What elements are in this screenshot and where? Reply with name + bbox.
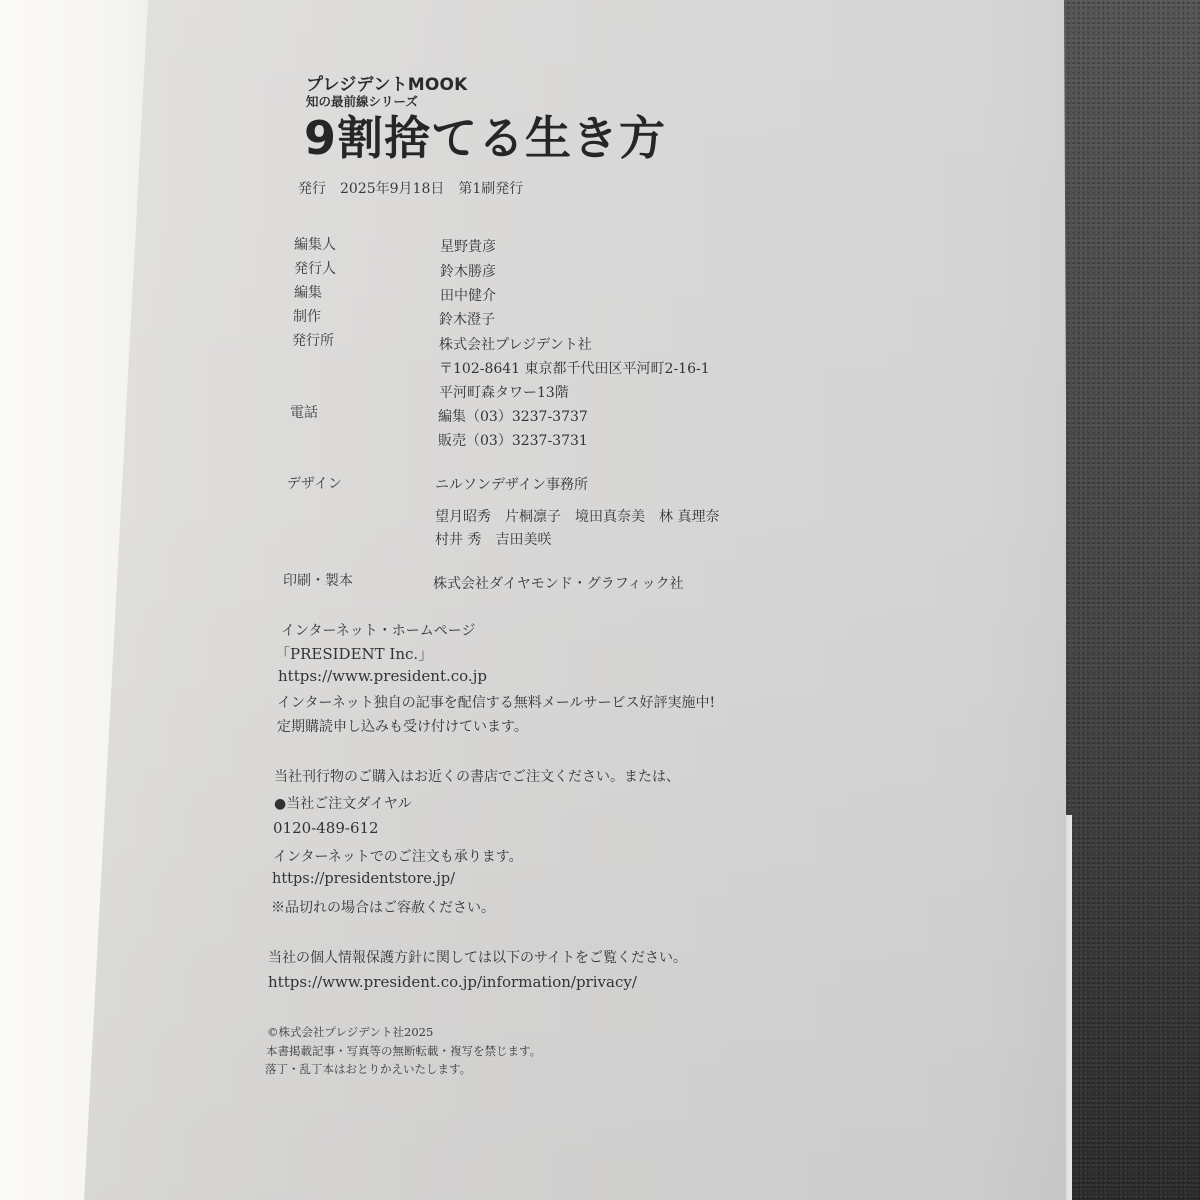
credit-value-company: 株式会社プレジデント社	[439, 334, 592, 354]
credit-value-designers-2: 村井 秀 吉田美咲	[435, 529, 551, 549]
credit-label-publishing-house: 発行所	[292, 330, 334, 350]
credit-value-address: 〒102-8641 東京都千代田区平河町2-16-1	[439, 358, 710, 378]
internet-heading: インターネット・ホームページ	[281, 620, 475, 640]
publication-date: 発行 2025年9月18日 第1刷発行	[298, 178, 523, 198]
credit-value-designers-1: 望月昭秀 片桐凛子 境田真奈美 林 真理奈	[435, 506, 719, 526]
order-phone-number: 0120-489-612	[273, 819, 379, 837]
defects-notice: 落丁・乱丁本はおとりかえいたします。	[265, 1061, 471, 1077]
reproduction-notice: 本書掲載記事・写真等の無断転載・複写を禁じます。	[266, 1043, 541, 1059]
photo-scene: プレジデントMOOK 知の最前線シリーズ 9割捨てる生き方 発行 2025年9月…	[0, 0, 1200, 1200]
credit-label-editor-in-chief: 編集人	[294, 234, 336, 254]
credit-value-production: 鈴木澄子	[439, 309, 495, 329]
credit-value-printer: 株式会社ダイヤモンド・グラフィック社	[433, 573, 684, 593]
company-name: 「PRESIDENT Inc.」	[275, 643, 433, 664]
credit-label-production: 制作	[293, 306, 321, 326]
privacy-url[interactable]: https://www.president.co.jp/information/…	[268, 973, 637, 991]
credit-value-phone-editorial: 編集（03）3237-3737	[438, 406, 588, 426]
credit-label-publisher: 発行人	[294, 258, 336, 278]
ordering-intro: 当社刊行物のご購入はお近くの書店でご注文ください。または、	[274, 766, 680, 786]
credit-label-printing: 印刷・製本	[283, 570, 353, 590]
series-subtitle: 知の最前線シリーズ	[306, 92, 418, 110]
online-order-notice: インターネットでのご注文も承ります。	[273, 846, 523, 866]
credit-value-editor-in-chief: 星野貴彦	[440, 236, 496, 256]
newsletter-notice: インターネット独自の記事を配信する無料メールサービス好評実施中!	[277, 692, 715, 712]
subscription-notice: 定期購読申し込みも受け付けています。	[277, 716, 528, 736]
store-url[interactable]: https://presidentstore.jp/	[272, 871, 455, 887]
privacy-notice: 当社の個人情報保護方針に関しては以下のサイトをご覧ください。	[268, 947, 687, 967]
credit-value-phone-sales: 販売（03）3237-3731	[438, 430, 588, 450]
credit-label-phone: 電話	[290, 402, 318, 422]
website-url[interactable]: https://www.president.co.jp	[278, 667, 487, 685]
soldout-note: ※品切れの場合はご容赦ください。	[271, 897, 495, 917]
credit-label-design: デザイン	[287, 473, 342, 493]
credit-label-editor: 編集	[294, 282, 322, 302]
colophon-content: プレジデントMOOK 知の最前線シリーズ 9割捨てる生き方 発行 2025年9月…	[0, 0, 1066, 1200]
credit-value-publisher: 鈴木勝彦	[440, 261, 496, 281]
credit-value-editor: 田中健介	[440, 285, 496, 305]
copyright: ©株式会社プレジデント社2025	[267, 1024, 433, 1040]
credit-value-building: 平河町森タワー13階	[439, 382, 569, 402]
book-title: 9割捨てる生き方	[304, 112, 666, 165]
credit-value-design-studio: ニルソンデザイン事務所	[435, 474, 588, 494]
order-dial-label: ●当社ご注文ダイヤル	[274, 793, 412, 813]
